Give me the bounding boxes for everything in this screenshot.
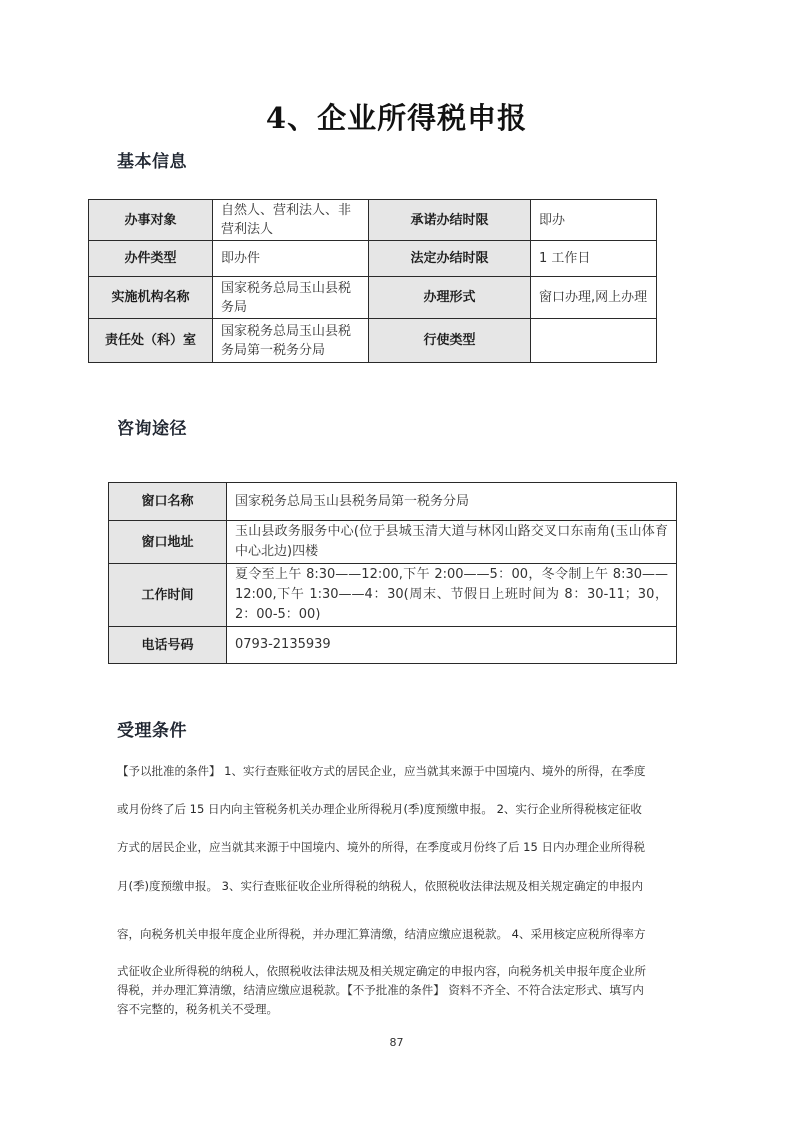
value-cell: 窗口办理,网上办理 (531, 277, 657, 319)
window-address-value: 玉山县政务服务中心(位于县城玉清大道与林冈山路交叉口东南角(玉山体育中心北边)四… (227, 521, 677, 564)
table-row: 工作时间 夏令至上午 8:30——12:00,下午 2:00——5：00，冬令制… (109, 564, 677, 627)
page-title: 4、企业所得税申报 (0, 96, 793, 137)
label-cell: 工作时间 (109, 564, 227, 627)
basic-info-table: 办事对象 自然人、营利法人、非营利法人 承诺办结时限 即办 办件类型 即办件 法… (88, 199, 657, 363)
label-cell: 承诺办结时限 (369, 200, 531, 241)
acceptance-text-line: 得税，并办理汇算清缴，结清应缴应退税款。【不予批准的条件】 资料不齐全、不符合法… (117, 982, 683, 998)
table-row: 责任处（科）室 国家税务总局玉山县税务局第一税务分局 行使类型 (89, 319, 657, 363)
table-row: 窗口名称 国家税务总局玉山县税务局第一税务分局 (109, 483, 677, 521)
acceptance-heading: 受理条件 (117, 716, 187, 741)
label-cell: 电话号码 (109, 627, 227, 664)
label-cell: 办件类型 (89, 241, 213, 277)
table-row: 实施机构名称 国家税务总局玉山县税务局 办理形式 窗口办理,网上办理 (89, 277, 657, 319)
acceptance-text-line: 月(季)度预缴申报。 3、实行查账征收企业所得税的纳税人，依照税收法律法规及相关… (117, 878, 683, 894)
table-row: 窗口地址 玉山县政务服务中心(位于县城玉清大道与林冈山路交叉口东南角(玉山体育中… (109, 521, 677, 564)
table-row: 办件类型 即办件 法定办结时限 1 工作日 (89, 241, 657, 277)
value-cell: 自然人、营利法人、非营利法人 (213, 200, 369, 241)
label-cell: 办理形式 (369, 277, 531, 319)
page-number: 87 (0, 1036, 793, 1049)
window-name-value: 国家税务总局玉山县税务局第一税务分局 (227, 483, 677, 521)
consultation-heading: 咨询途径 (117, 414, 187, 439)
label-cell: 实施机构名称 (89, 277, 213, 319)
value-cell: 国家税务总局玉山县税务局第一税务分局 (213, 319, 369, 363)
label-cell: 法定办结时限 (369, 241, 531, 277)
acceptance-text-line: 容不完整的，税务机关不受理。 (117, 1001, 683, 1017)
consultation-table: 窗口名称 国家税务总局玉山县税务局第一税务分局 窗口地址 玉山县政务服务中心(位… (108, 482, 677, 664)
acceptance-text-line: 式征收企业所得税的纳税人，依照税收法律法规及相关规定确定的申报内容，向税务机关申… (117, 963, 683, 979)
working-hours-value: 夏令至上午 8:30——12:00,下午 2:00——5：00，冬令制上午 8:… (227, 564, 677, 627)
basic-info-heading: 基本信息 (117, 147, 187, 172)
label-cell: 窗口地址 (109, 521, 227, 564)
label-cell: 责任处（科）室 (89, 319, 213, 363)
value-cell: 1 工作日 (531, 241, 657, 277)
table-row: 电话号码 0793-2135939 (109, 627, 677, 664)
label-cell: 行使类型 (369, 319, 531, 363)
acceptance-text-line: 方式的居民企业，应当就其来源于中国境内、境外的所得，在季度或月份终了后 15 日… (117, 839, 683, 855)
acceptance-text-line: 或月份终了后 15 日内向主管税务机关办理企业所得税月(季)度预缴申报。 2、实… (117, 801, 683, 817)
value-cell: 即办件 (213, 241, 369, 277)
acceptance-text-line: 容，向税务机关申报年度企业所得税，并办理汇算清缴，结清应缴应退税款。 4、采用核… (117, 926, 683, 942)
acceptance-text-line: 【予以批准的条件】 1、实行查账征收方式的居民企业，应当就其来源于中国境内、境外… (117, 763, 683, 779)
label-cell: 办事对象 (89, 200, 213, 241)
value-cell: 即办 (531, 200, 657, 241)
table-row: 办事对象 自然人、营利法人、非营利法人 承诺办结时限 即办 (89, 200, 657, 241)
value-cell: 国家税务总局玉山县税务局 (213, 277, 369, 319)
phone-value: 0793-2135939 (227, 627, 677, 664)
label-cell: 窗口名称 (109, 483, 227, 521)
value-cell (531, 319, 657, 363)
